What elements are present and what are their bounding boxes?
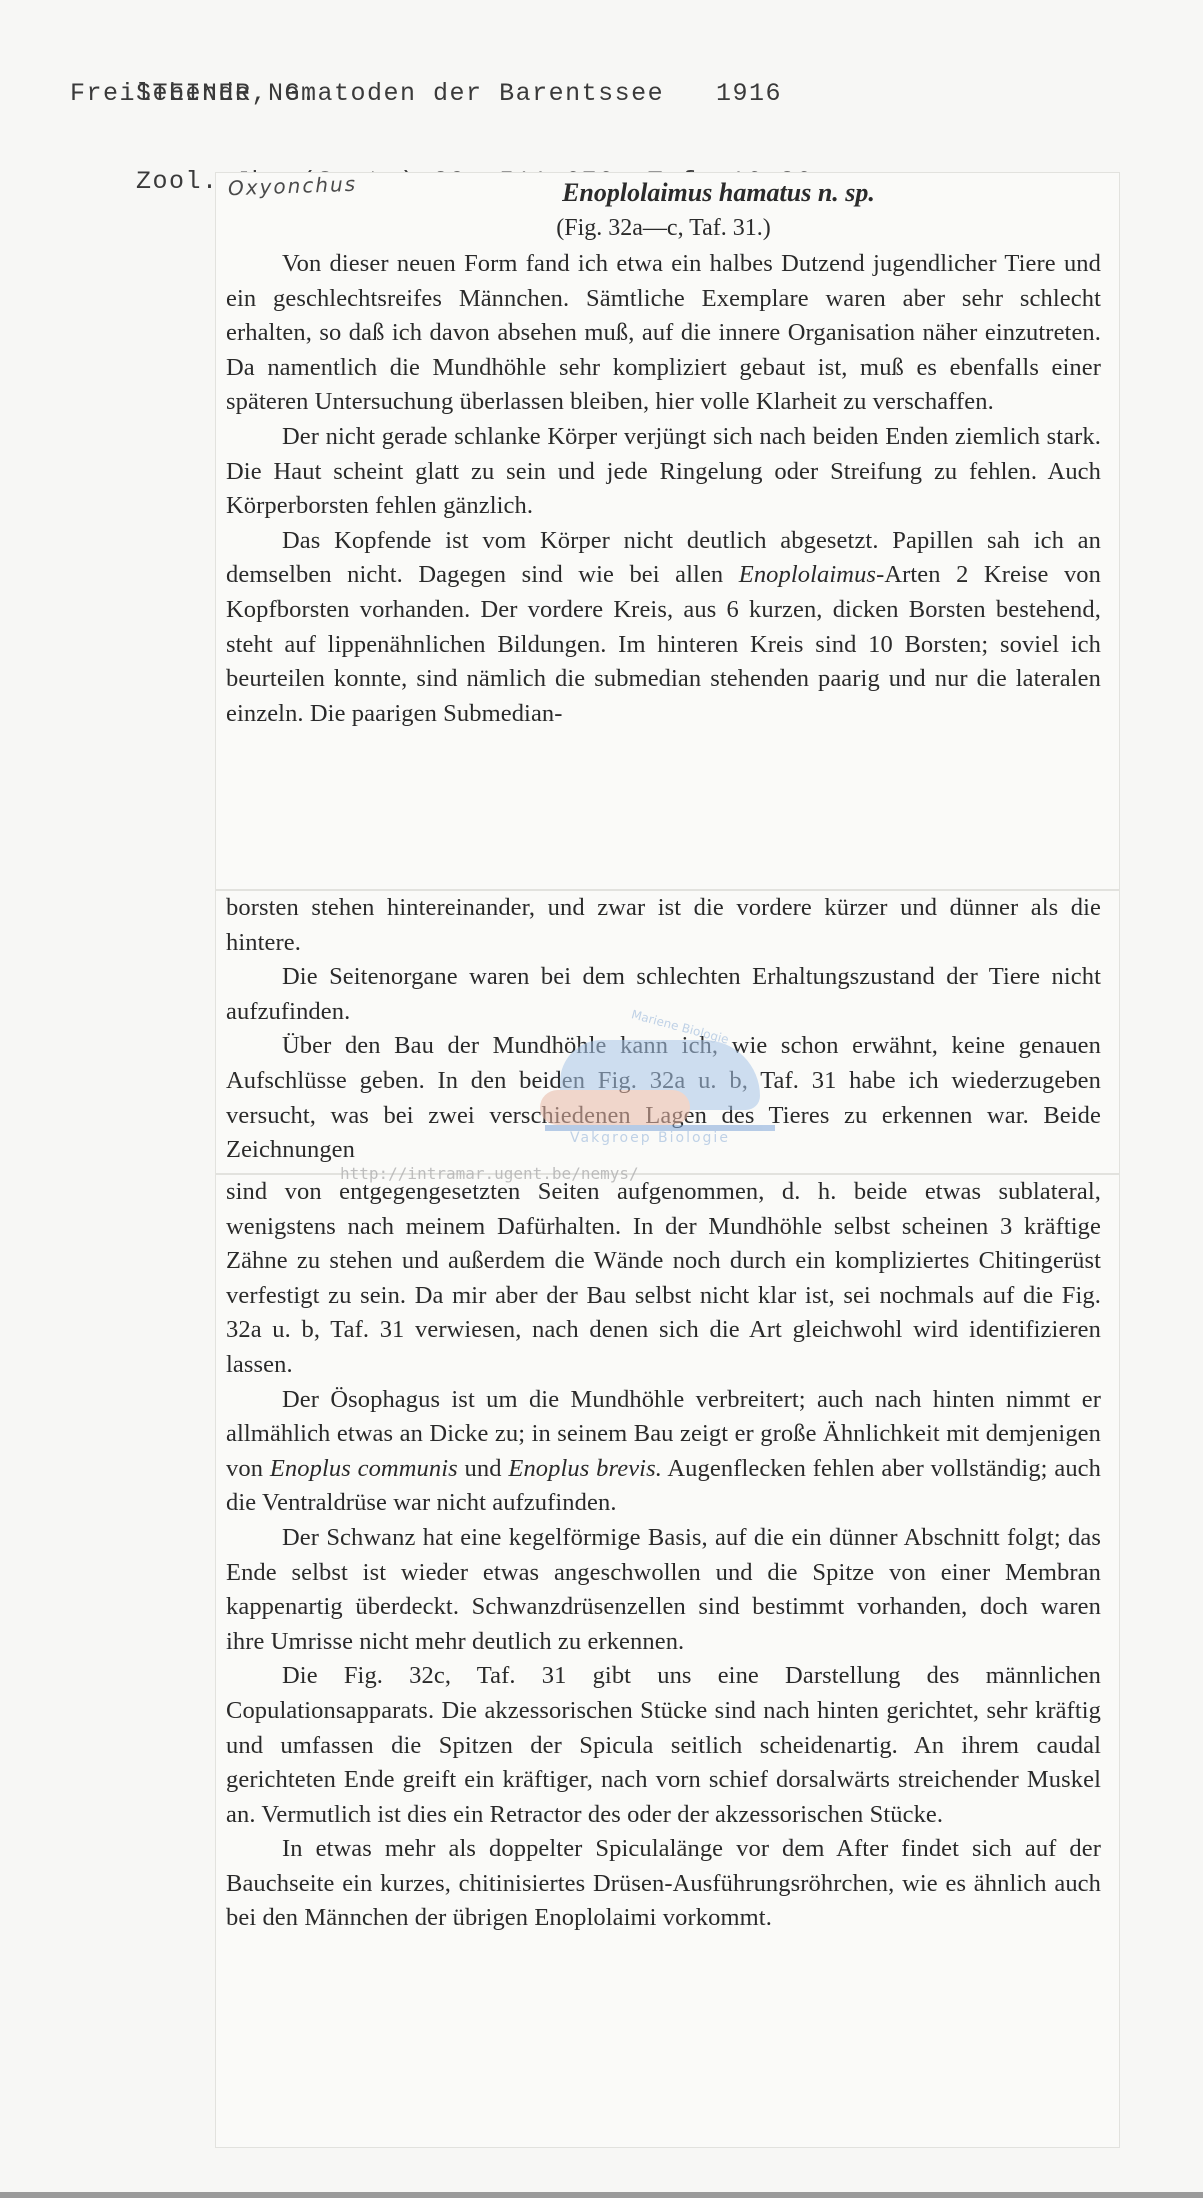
- text-clipping-2: borsten stehen hintereinander, und zwar …: [215, 890, 1120, 1174]
- paragraph-mouth-cavity: Über den Bau der Mundhöhle kann ich, wie…: [226, 1029, 1101, 1167]
- author-year-line: STEINER, G.1916: [70, 28, 829, 72]
- paragraph-tail: Der Schwanz hat eine kegelförmige Basis,…: [226, 1521, 1101, 1659]
- paragraph-gland: In etwas mehr als doppelter Spiculalänge…: [226, 1832, 1101, 1936]
- paragraph-intro: Von dieser neuen Form fand ich etwa ein …: [226, 247, 1101, 420]
- species-italic: Enoplus brevis.: [508, 1455, 662, 1482]
- species-italic: Enoplus communis: [270, 1455, 458, 1482]
- paragraph-copulation: Die Fig. 32c, Taf. 31 gibt uns eine Dars…: [226, 1659, 1101, 1832]
- scan-bottom-edge: [0, 2192, 1203, 2198]
- citation-line: Zool. Jb. (Syst.) 39: 511-676, Taf. 16-3…: [70, 116, 829, 160]
- paragraph-lateral-organs: Die Seitenorgane waren bei dem schlechte…: [226, 960, 1101, 1029]
- text-run: und: [458, 1455, 509, 1482]
- paragraph-continuation: borsten stehen hintereinander, und zwar …: [226, 891, 1101, 960]
- figure-reference: (Fig. 32a—c, Taf. 31.): [226, 211, 1101, 245]
- paragraph-continuation: sind von entgegengesetzten Seiten aufgen…: [226, 1175, 1101, 1383]
- text-clipping-1: Enoplolaimus hamatus n. sp. (Fig. 32a—c,…: [215, 172, 1120, 890]
- genus-italic: Enoplolaimus: [739, 561, 876, 588]
- paragraph-body-shape: Der nicht gerade schlanke Körper verjüng…: [226, 420, 1101, 524]
- paragraph-oesophagus: Der Ösophagus ist um die Mundhöhle verbr…: [226, 1383, 1101, 1521]
- watermark-url: http://intramar.ugent.be/nemys/: [340, 1164, 639, 1183]
- handwritten-annotation: Oxyonchus: [228, 172, 358, 200]
- catalog-card-header: STEINER, G.1916 Freilebende Nematoden de…: [70, 28, 829, 160]
- year: 1916: [716, 72, 782, 116]
- paragraph-head: Das Kopfende ist vom Körper nicht deutli…: [226, 524, 1101, 732]
- text-clipping-3: sind von entgegengesetzten Seiten aufgen…: [215, 1174, 1120, 2148]
